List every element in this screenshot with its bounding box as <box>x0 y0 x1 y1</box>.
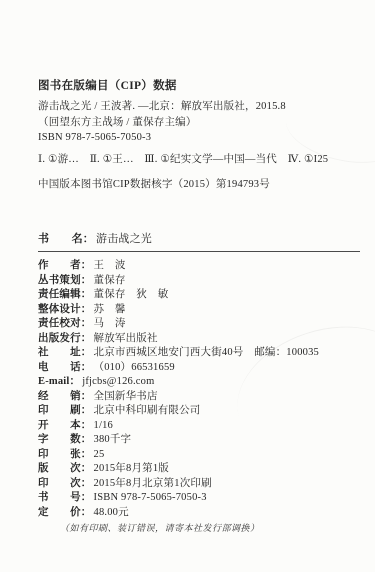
field-value: 全国新华书店 <box>94 390 158 405</box>
field-value: 苏 馨 <box>94 303 126 318</box>
field-row-isbn: 书 号： ISBN 978-7-5065-7050-3 <box>38 491 363 506</box>
book-title-label: 书 名： <box>38 230 94 246</box>
field-row-designer: 整体设计： 苏 馨 <box>38 303 363 318</box>
field-value: 380千字 <box>94 433 132 448</box>
field-value: 解放军出版社 <box>94 332 158 347</box>
errata-note: （如有印刷、装订错误，请寄本社发行部调换） <box>60 521 260 534</box>
book-title-row: 书 名： 游击战之光 <box>38 230 360 252</box>
field-value: 北京中科印刷有限公司 <box>94 404 201 419</box>
field-label: 开 本： <box>38 419 92 434</box>
field-value: 25 <box>94 448 105 463</box>
field-value: 2015年8月第1版 <box>94 462 170 477</box>
field-label: 印 次： <box>38 477 92 492</box>
field-value: 1/16 <box>94 419 113 434</box>
field-row-distributor: 经 销： 全国新华书店 <box>38 390 363 405</box>
field-value: ISBN 978-7-5065-7050-3 <box>94 491 207 506</box>
field-label: 出版发行： <box>38 332 92 347</box>
field-label: 丛书策划： <box>38 274 92 289</box>
field-row-price: 定 价： 48.00元 <box>38 506 363 521</box>
field-row-phone: 电 话： （010）66531659 <box>38 361 363 376</box>
cip-line-series: （回望东方主战场 / 董保存主编） <box>38 115 358 131</box>
book-title-value: 游击战之光 <box>96 230 152 246</box>
field-row-printing: 印 次： 2015年8月北京第1次印刷 <box>38 477 363 492</box>
field-label: 字 数： <box>38 433 92 448</box>
field-row-word-count: 字 数： 380千字 <box>38 433 363 448</box>
field-value: 马 涛 <box>94 317 126 332</box>
field-label: 责任校对： <box>38 317 92 332</box>
field-row-sheets: 印 张： 25 <box>38 448 363 463</box>
field-label: 整体设计： <box>38 303 92 318</box>
field-value: （010）66531659 <box>94 361 175 376</box>
field-label: 定 价： <box>38 506 92 521</box>
publication-fields: 作 者： 王 波 丛书策划： 董保存 责任编辑： 董保存 狄 敏 整体设计： 苏… <box>38 259 363 520</box>
cip-description-block: 游击战之光 / 王波著. —北京：解放军出版社，2015.8 （回望东方主战场 … <box>38 99 358 146</box>
field-row-publisher: 出版发行： 解放军出版社 <box>38 332 363 347</box>
cip-section-title: 图书在版编目（CIP）数据 <box>38 77 177 93</box>
field-value: 董保存 狄 敏 <box>94 288 169 303</box>
field-row-edition: 版 次： 2015年8月第1版 <box>38 462 363 477</box>
copyright-page: 图书在版编目（CIP）数据 游击战之光 / 王波著. —北京：解放军出版社，20… <box>0 0 375 572</box>
cip-record-number: 中国版本图书馆CIP数据核字（2015）第194793号 <box>38 176 270 191</box>
field-label: E-mail： <box>38 375 80 390</box>
field-value: 北京市西城区地安门西大街40号 邮编：100035 <box>94 346 320 361</box>
cip-line-isbn: ISBN 978-7-5065-7050-3 <box>38 130 358 146</box>
field-row-editor: 责任编辑： 董保存 狄 敏 <box>38 288 363 303</box>
field-label: 责任编辑： <box>38 288 92 303</box>
field-label: 书 号： <box>38 491 92 506</box>
field-label: 印 刷： <box>38 404 92 419</box>
field-row-series-planner: 丛书策划： 董保存 <box>38 274 363 289</box>
field-value: 2015年8月北京第1次印刷 <box>94 477 212 492</box>
field-row-author: 作 者： 王 波 <box>38 259 363 274</box>
field-value: 48.00元 <box>94 506 129 521</box>
field-label: 社 址： <box>38 346 92 361</box>
field-row-address: 社 址： 北京市西城区地安门西大街40号 邮编：100035 <box>38 346 363 361</box>
field-value: 王 波 <box>94 259 126 274</box>
cip-classification-line: Ⅰ. ①游… Ⅱ. ①王… Ⅲ. ①纪实文学—中国—当代 Ⅳ. ①I25 <box>38 151 363 166</box>
field-row-printer: 印 刷： 北京中科印刷有限公司 <box>38 404 363 419</box>
field-value: jfjcbs@126.com <box>82 375 154 390</box>
field-label: 经 销： <box>38 390 92 405</box>
field-row-email: E-mail： jfjcbs@126.com <box>38 375 363 390</box>
field-label: 电 话： <box>38 361 92 376</box>
field-row-proofreader: 责任校对： 马 涛 <box>38 317 363 332</box>
cip-line-title-author: 游击战之光 / 王波著. —北京：解放军出版社，2015.8 <box>38 99 358 115</box>
field-label: 作 者： <box>38 259 92 274</box>
field-row-format: 开 本： 1/16 <box>38 419 363 434</box>
field-label: 印 张： <box>38 448 92 463</box>
field-value: 董保存 <box>94 274 126 289</box>
field-label: 版 次： <box>38 462 92 477</box>
